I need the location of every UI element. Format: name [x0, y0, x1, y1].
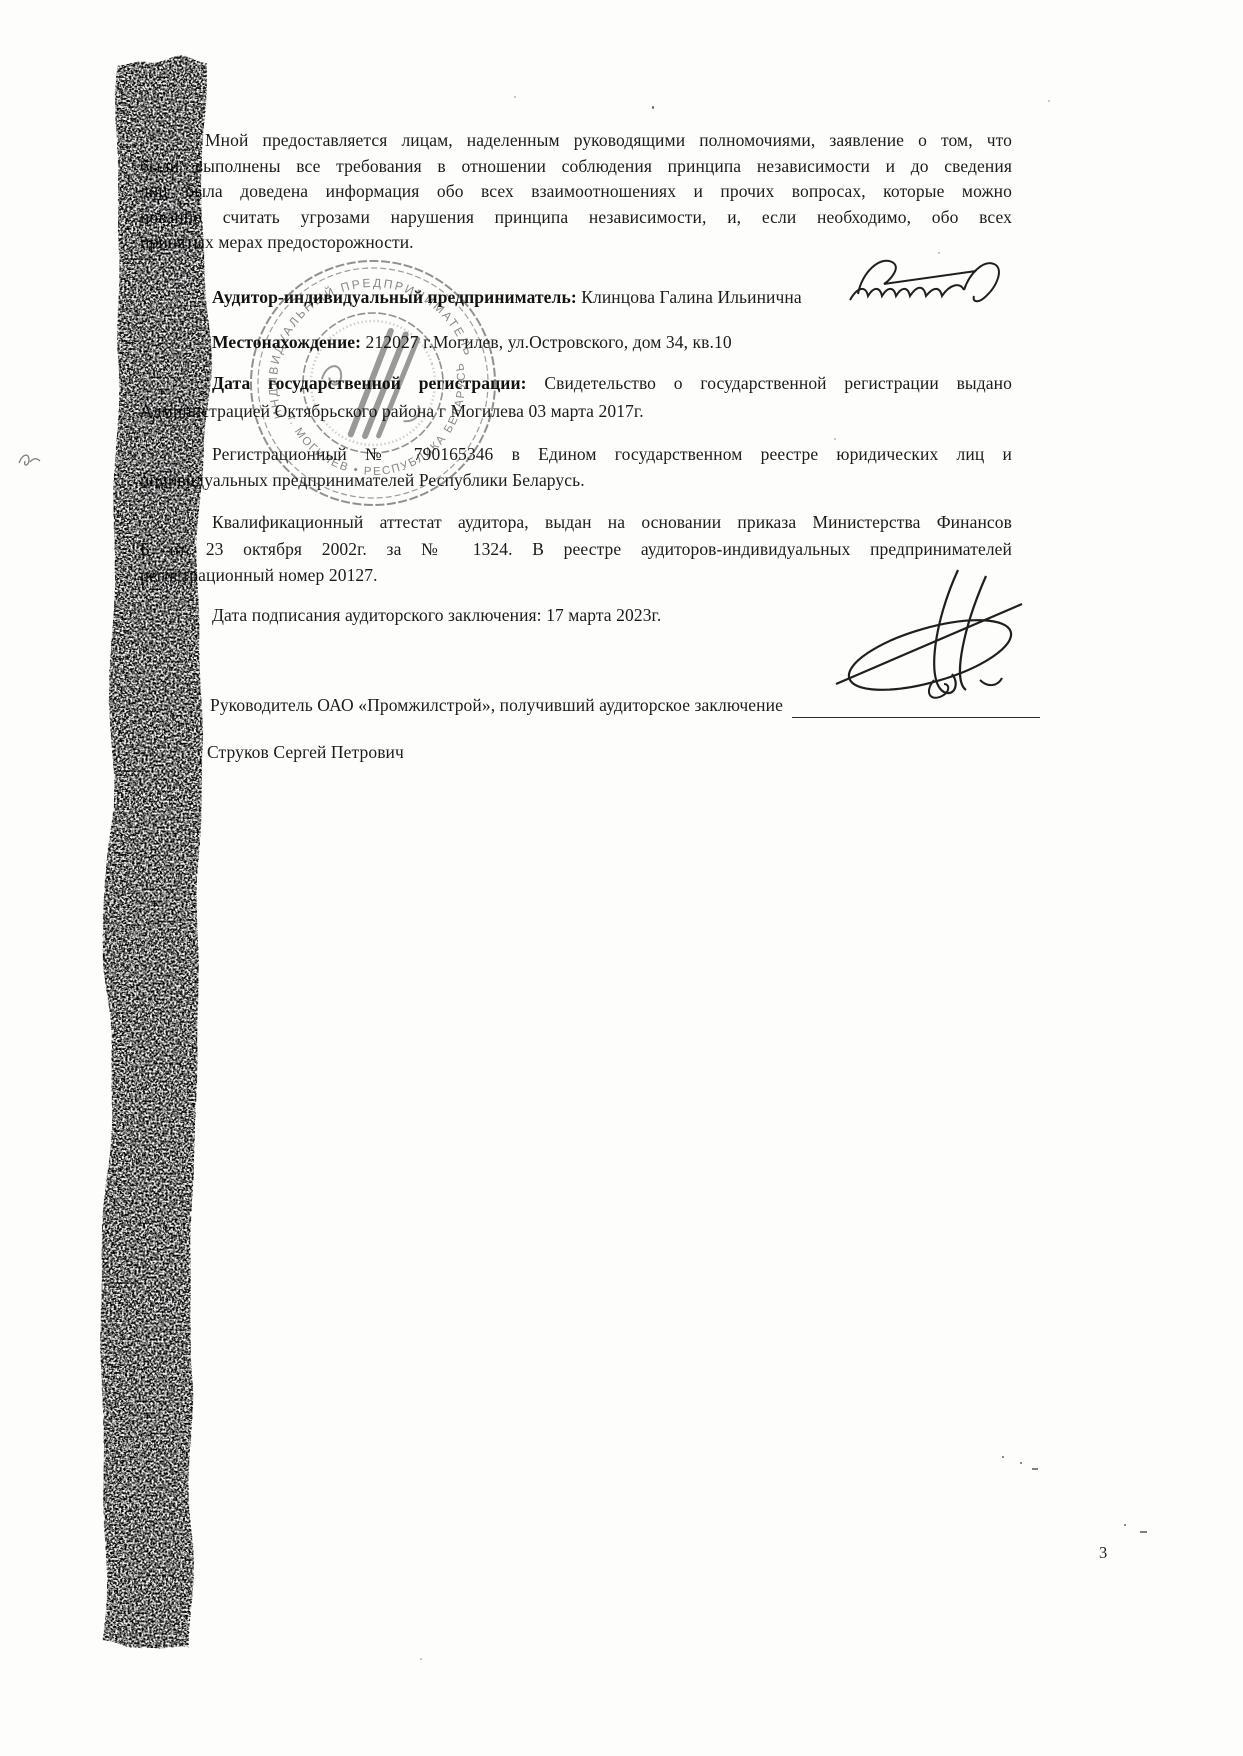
- ink-speck: [1020, 1462, 1022, 1464]
- ink-speck: [420, 1658, 422, 1660]
- intro-paragraph: Мной предоставляется лицам, наделенным р…: [140, 128, 1012, 256]
- registration-date-paragraph: Дата государственной регистрации: Свидет…: [140, 369, 1012, 425]
- qualification-paragraph: Квалификационный аттестат аудитора, выда…: [140, 509, 1012, 589]
- intro-line: лиц была доведена информация обо всех вз…: [140, 179, 1012, 205]
- auditor-label: Аудитор-индивидуальный предприниматель:: [212, 287, 577, 307]
- registration-date-line: Дата государственной регистрации: Свидет…: [140, 369, 1012, 397]
- intro-line: были выполнены все требования в отношени…: [140, 154, 1012, 180]
- registration-entry-line: индивидуальных предпринимателей Республи…: [140, 467, 1012, 493]
- intro-line: Мной предоставляется лицам, наделенным р…: [140, 128, 1012, 154]
- receiver-text: Руководитель ОАО «Промжилстрой», получив…: [210, 692, 783, 718]
- registration-entry-line: Регистрационный № 790165346 в Едином гос…: [140, 441, 1012, 467]
- ink-speck: [1140, 1531, 1147, 1533]
- ink-speck: [834, 438, 836, 440]
- location-label: Местонахождение:: [212, 332, 361, 352]
- auditor-line: Аудитор-индивидуальный предприниматель: …: [212, 284, 802, 310]
- ink-speck: [514, 96, 516, 98]
- ink-speck: [938, 252, 940, 254]
- page-number: 3: [1099, 1543, 1107, 1563]
- ink-speck: [1124, 1524, 1126, 1526]
- registration-entry-paragraph: Регистрационный № 790165346 в Едином гос…: [140, 441, 1012, 493]
- receiver-name: Струков Сергей Петрович: [207, 739, 404, 765]
- ink-speck: [1032, 1468, 1038, 1470]
- signing-date-line: Дата подписания аудиторского заключения:…: [212, 602, 661, 628]
- document-page: Мной предоставляется лицам, наделенным р…: [0, 0, 1243, 1756]
- auditor-name: Клинцова Галина Ильинична: [581, 287, 802, 307]
- margin-squiggle-mark: [16, 448, 44, 470]
- registration-date-value: Свидетельство о государственной регистра…: [544, 373, 1012, 393]
- qualification-line: регистрационный номер 20127.: [140, 562, 1012, 589]
- qualification-line: Б от 23 октября 2002г. за № 1324. В реес…: [140, 536, 1012, 563]
- intro-line: нованно считать угрозами нарушения принц…: [140, 205, 1012, 231]
- ink-speck: [1002, 1456, 1004, 1458]
- receiver-line: Руководитель ОАО «Промжилстрой», получив…: [210, 692, 1040, 718]
- signature-underline: [792, 697, 1040, 718]
- location-value: 212027 г.Могилев, ул.Островского, дом 34…: [366, 332, 732, 352]
- qualification-line: Квалификационный аттестат аудитора, выда…: [140, 509, 1012, 536]
- ink-speck: [652, 106, 654, 109]
- ink-speck: [690, 556, 692, 558]
- location-line: Местонахождение: 212027 г.Могилев, ул.Ос…: [212, 329, 732, 355]
- ink-speck: [1048, 100, 1050, 102]
- registration-date-line: Администрацией Октябрьского района г Мог…: [140, 397, 1012, 425]
- intro-line: принятых мерах предосторожности.: [140, 230, 1012, 256]
- registration-date-label: Дата государственной регистрации:: [212, 373, 527, 393]
